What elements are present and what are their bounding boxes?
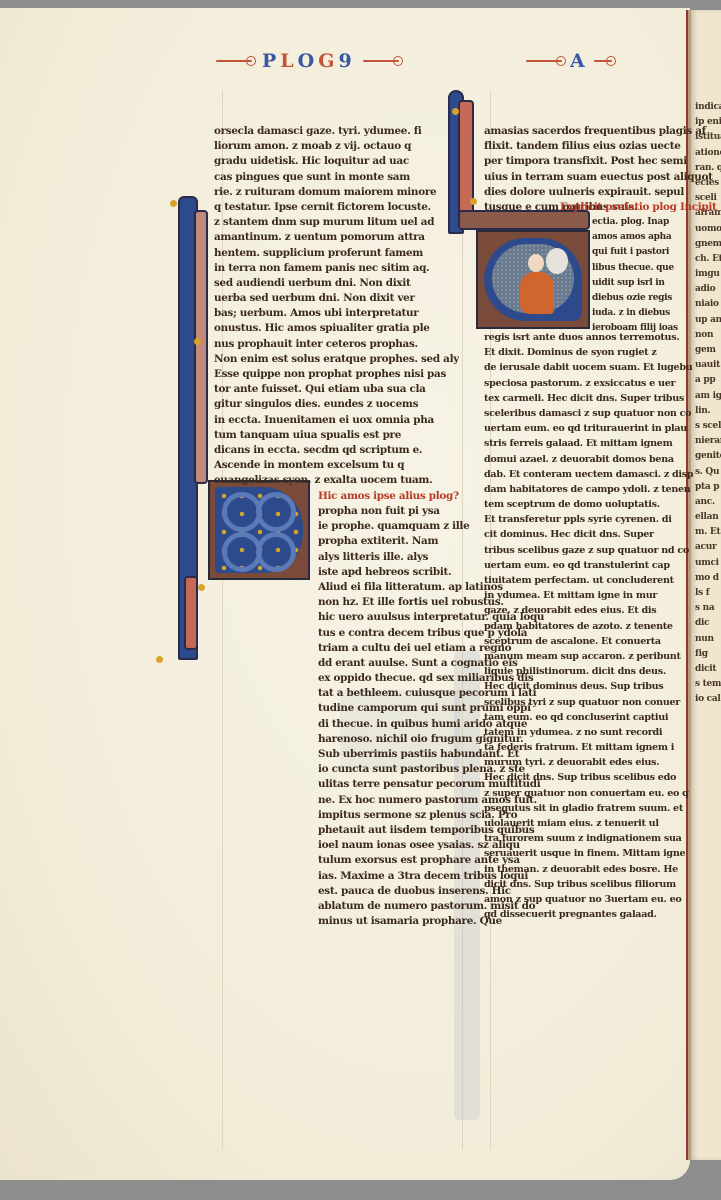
text-line: umci	[695, 556, 721, 571]
text-line: q testatur. Ipse cernit fictorem locuste…	[214, 200, 459, 215]
rubric-heading: Hic amos ipse alius plog?	[318, 489, 459, 504]
text-line: Non enim est solus eratque prophes. sed …	[214, 352, 459, 367]
text-line: tra furorem suum z indignationem sua	[484, 831, 693, 846]
text-line: cit dominus. Hec dicit dns. Super	[484, 527, 693, 542]
text-line: ls f	[695, 586, 721, 601]
text-line: murum tyri. z deuorabit edes eius.	[484, 755, 693, 770]
text-line: domui azael. z deuorabit domos bena	[484, 452, 693, 467]
text-line: onustus. Hic amos spiualiter gratia ple	[214, 321, 459, 336]
text-line: genito	[695, 449, 721, 464]
text-line: am igi	[695, 389, 721, 404]
text-line: acur	[695, 540, 721, 555]
text-line: fig	[695, 647, 721, 662]
text-line: indicat	[695, 100, 721, 115]
gold-dot-icon	[156, 656, 163, 663]
right-column-beside-initial: ectia. plog. Inapamos amos aphaqui fuit …	[592, 215, 678, 337]
text-line: tiuitatem perfectam. ut concluderent	[484, 573, 693, 588]
text-line: sed audiendi uerbum dni. Non dixit	[214, 276, 459, 291]
text-line: in ydumea. Et mittam igne in mur	[484, 588, 693, 603]
historiated-initial	[476, 230, 590, 329]
running-head-letter: L	[280, 50, 294, 72]
text-line: manum meam sup accaron. z peribunt	[484, 649, 693, 664]
text-line: dicit	[695, 662, 721, 677]
text-line: per timpora transfixit. Post hec semi	[484, 154, 713, 169]
text-line: euangelizas syon. z exalta uocem tuam.	[214, 473, 459, 488]
text-line: amon z sup quatuor no 3uertam eu. eo	[484, 892, 693, 907]
text-line: s na	[695, 601, 721, 616]
running-head-letter: 9	[338, 50, 352, 72]
text-line: orsecla damasci gaze. tyri. ydumee. fi	[214, 124, 459, 139]
text-line: qd dissecuerit pregnantes galaad.	[484, 907, 693, 922]
text-line: amasias sacerdos frequentibus plagis af	[484, 124, 713, 139]
text-line: tex carmeli. Hec dicit dns. Super tribus	[484, 391, 693, 406]
text-line: uertam eum. eo qd transtulerint cap	[484, 558, 693, 573]
text-line: Et dixit. Dominus de syon rugiet z	[484, 345, 693, 360]
text-line: in terra non famem panis nec sitim aq.	[214, 261, 459, 276]
text-line: tatem in ydumea. z no sunt recordi	[484, 725, 693, 740]
text-line: tam eum. eo qd concluserint captiui	[484, 710, 693, 725]
rubric-explicit: Explicit prefatio plog Incipit	[560, 200, 717, 215]
text-line: s tem	[695, 677, 721, 692]
gold-dot-icon	[470, 198, 477, 205]
text-line: uerba sed uerbum dni. Non dixit ver	[214, 291, 459, 306]
text-line: z super quatuor non conuertam eu. eo q	[484, 786, 693, 801]
gold-dot-icon	[194, 338, 201, 345]
pen-flourish-icon	[216, 60, 252, 62]
prophet-figure	[520, 272, 554, 314]
running-head-letter: G	[318, 50, 335, 72]
text-line: de ierusale dabit uocem suam. Et lugebu	[484, 360, 693, 375]
text-line: ectia. plog. Inap	[592, 215, 678, 230]
text-line: amos amos apha	[592, 230, 678, 245]
pen-flourish-icon	[526, 60, 562, 62]
decorated-initial	[208, 480, 310, 580]
text-line: Et transferetur ppls syrie cyrenen. di	[484, 512, 693, 527]
initial-stem-inner	[194, 210, 208, 484]
text-line: gem	[695, 343, 721, 358]
text-line: pdam habitatores de azoto. z tenente	[484, 619, 693, 634]
text-line: seruauerit usque in finem. Mittam igne	[484, 846, 693, 861]
text-line: a pp	[695, 373, 721, 388]
text-line: ch. Et	[695, 252, 721, 267]
text-line: imgu	[695, 267, 721, 282]
divine-cloud-icon	[546, 248, 568, 274]
text-line: nus prophauit inter ceteros prophas.	[214, 337, 459, 352]
text-line: dies dolore uulneris expirauit. sepul	[484, 185, 713, 200]
text-line: cas pingues que sunt in monte sam	[214, 170, 459, 185]
text-line: gitur singulos dies. eundes z uocems	[214, 397, 459, 412]
text-line: in eccta. Inuenitamen ei uox omnia pha	[214, 413, 459, 428]
running-head-letter: P	[262, 50, 277, 72]
text-line: niaio	[695, 297, 721, 312]
text-line: non	[695, 328, 721, 343]
running-head-letters: PLOG9	[262, 50, 353, 72]
background	[0, 1180, 721, 1200]
text-line: Ascende in montem excelsum tu q	[214, 458, 459, 473]
foliate-swirl-icon	[256, 532, 296, 572]
text-line: rie. z ruituram domum maiorem minore	[214, 185, 459, 200]
text-line: s scel	[695, 419, 721, 434]
running-head-letter: O	[298, 50, 316, 72]
text-line: io cal	[695, 692, 721, 707]
text-line: dam habitatores de campo ydoli. z tenen	[484, 482, 693, 497]
initial-tail	[184, 576, 198, 650]
text-line: in theman. z deuorabit edes bosre. He	[484, 862, 693, 877]
text-line: libus thecue. que	[592, 261, 678, 276]
gold-dot-icon	[198, 584, 205, 591]
gold-dot-icon	[452, 108, 459, 115]
text-line: Hec dicit dominus deus. Sup tribus	[484, 679, 693, 694]
text-line: qui fuit i pastori	[592, 245, 678, 260]
text-line: up an	[695, 313, 721, 328]
text-line: uertam eum. eo qd triturauerint in plau	[484, 421, 693, 436]
text-line: tum tanquam uiua spualis est pre	[214, 428, 459, 443]
text-line: diebus ozie regis	[592, 291, 678, 306]
left-column-text: orsecla damasci gaze. tyri. ydumee. fili…	[214, 124, 459, 489]
running-head-left: PLOG9	[216, 48, 399, 74]
text-line: z stantem dnm sup murum litum uel ad	[214, 215, 459, 230]
text-line: ellan	[695, 510, 721, 525]
text-line: uomod	[695, 222, 721, 237]
prophet-head	[528, 254, 544, 272]
text-line: lin.	[695, 404, 721, 419]
text-line: Esse quippe non prophat prophes nisi pas	[214, 367, 459, 382]
text-line: anc.	[695, 495, 721, 510]
text-line: uius in terram suam euectus post aliquot	[484, 170, 713, 185]
text-line: liquie philistinorum. dicit dns deus.	[484, 664, 693, 679]
text-line: tribus scelibus gaze z sup quatuor nd co	[484, 543, 693, 558]
text-line: s. Qu	[695, 465, 721, 480]
text-line: pta p	[695, 480, 721, 495]
text-line: dab. Et conteram uectem damasci. z disp	[484, 467, 693, 482]
pen-flourish-icon	[594, 60, 612, 62]
text-line: ta federis fratrum. Et mittam ignem i	[484, 740, 693, 755]
text-line: sceleribus damasci z sup quatuor non co	[484, 406, 693, 421]
text-line: sceptrum de ascalone. Et conuerta	[484, 634, 693, 649]
text-line: iuda. z in diebus	[592, 306, 678, 321]
text-line: uauit	[695, 358, 721, 373]
foliate-swirl-icon	[256, 492, 296, 532]
text-line: tem sceptrum de domo uoluptatis.	[484, 497, 693, 512]
pen-flourish-icon	[363, 60, 399, 62]
text-line: gaze. z deuorabit edes eius. Et dis	[484, 603, 693, 618]
text-line: bas; uerbum. Amos ubi interpretatur	[214, 306, 459, 321]
text-line: dic	[695, 616, 721, 631]
text-line: stris ferreis galaad. Et mittam ignem	[484, 436, 693, 451]
text-line: psequtus sit in gladio fratrem suum. et	[484, 801, 693, 816]
text-line: speciosa pastorum. z exsiccatus e uer	[484, 376, 693, 391]
text-line: nun	[695, 632, 721, 647]
right-column-text-continued: regis isrt ante duos annos terremotus.Et…	[484, 330, 693, 922]
text-line: adio	[695, 282, 721, 297]
text-line: gradu uidetisk. Hic loquitur ad uac	[214, 154, 459, 169]
text-line: Hec dicit dns. Sup tribus scelibus edo	[484, 770, 693, 785]
running-head-letters: A	[570, 50, 586, 72]
diapered-ground	[492, 244, 574, 313]
text-line: dicit dns. Sup tribus scelibus filiorum	[484, 877, 693, 892]
gold-dot-icon	[170, 200, 177, 207]
text-line: uiolauerit miam eius. z tenuerit ul	[484, 816, 693, 831]
text-line: scelibus tyri z sup quatuor non conuer	[484, 695, 693, 710]
text-line: hentem. supplicium proferunt famem	[214, 246, 459, 261]
text-line: dicans in eccta. secdm qd scriptum e.	[214, 443, 459, 458]
initial-stem-inner	[458, 100, 474, 224]
text-line: gnem	[695, 237, 721, 252]
text-line: m. Et	[695, 525, 721, 540]
text-line: liorum amon. z moab z vij. octauo q	[214, 139, 459, 154]
text-line: tor ante fuisset. Qui etiam uba sua cla	[214, 382, 459, 397]
text-line: flixit. tandem filius eius ozias uecte	[484, 139, 713, 154]
text-line: uidit sup isrl in	[592, 276, 678, 291]
text-line: regis isrt ante duos annos terremotus.	[484, 330, 693, 345]
running-head-letter: A	[570, 50, 586, 72]
running-head-right: A	[526, 48, 612, 74]
initial-frame	[484, 238, 582, 321]
text-line: nierant	[695, 434, 721, 449]
text-line: mo d	[695, 571, 721, 586]
text-line: amantinum. z uentum pomorum attra	[214, 230, 459, 245]
